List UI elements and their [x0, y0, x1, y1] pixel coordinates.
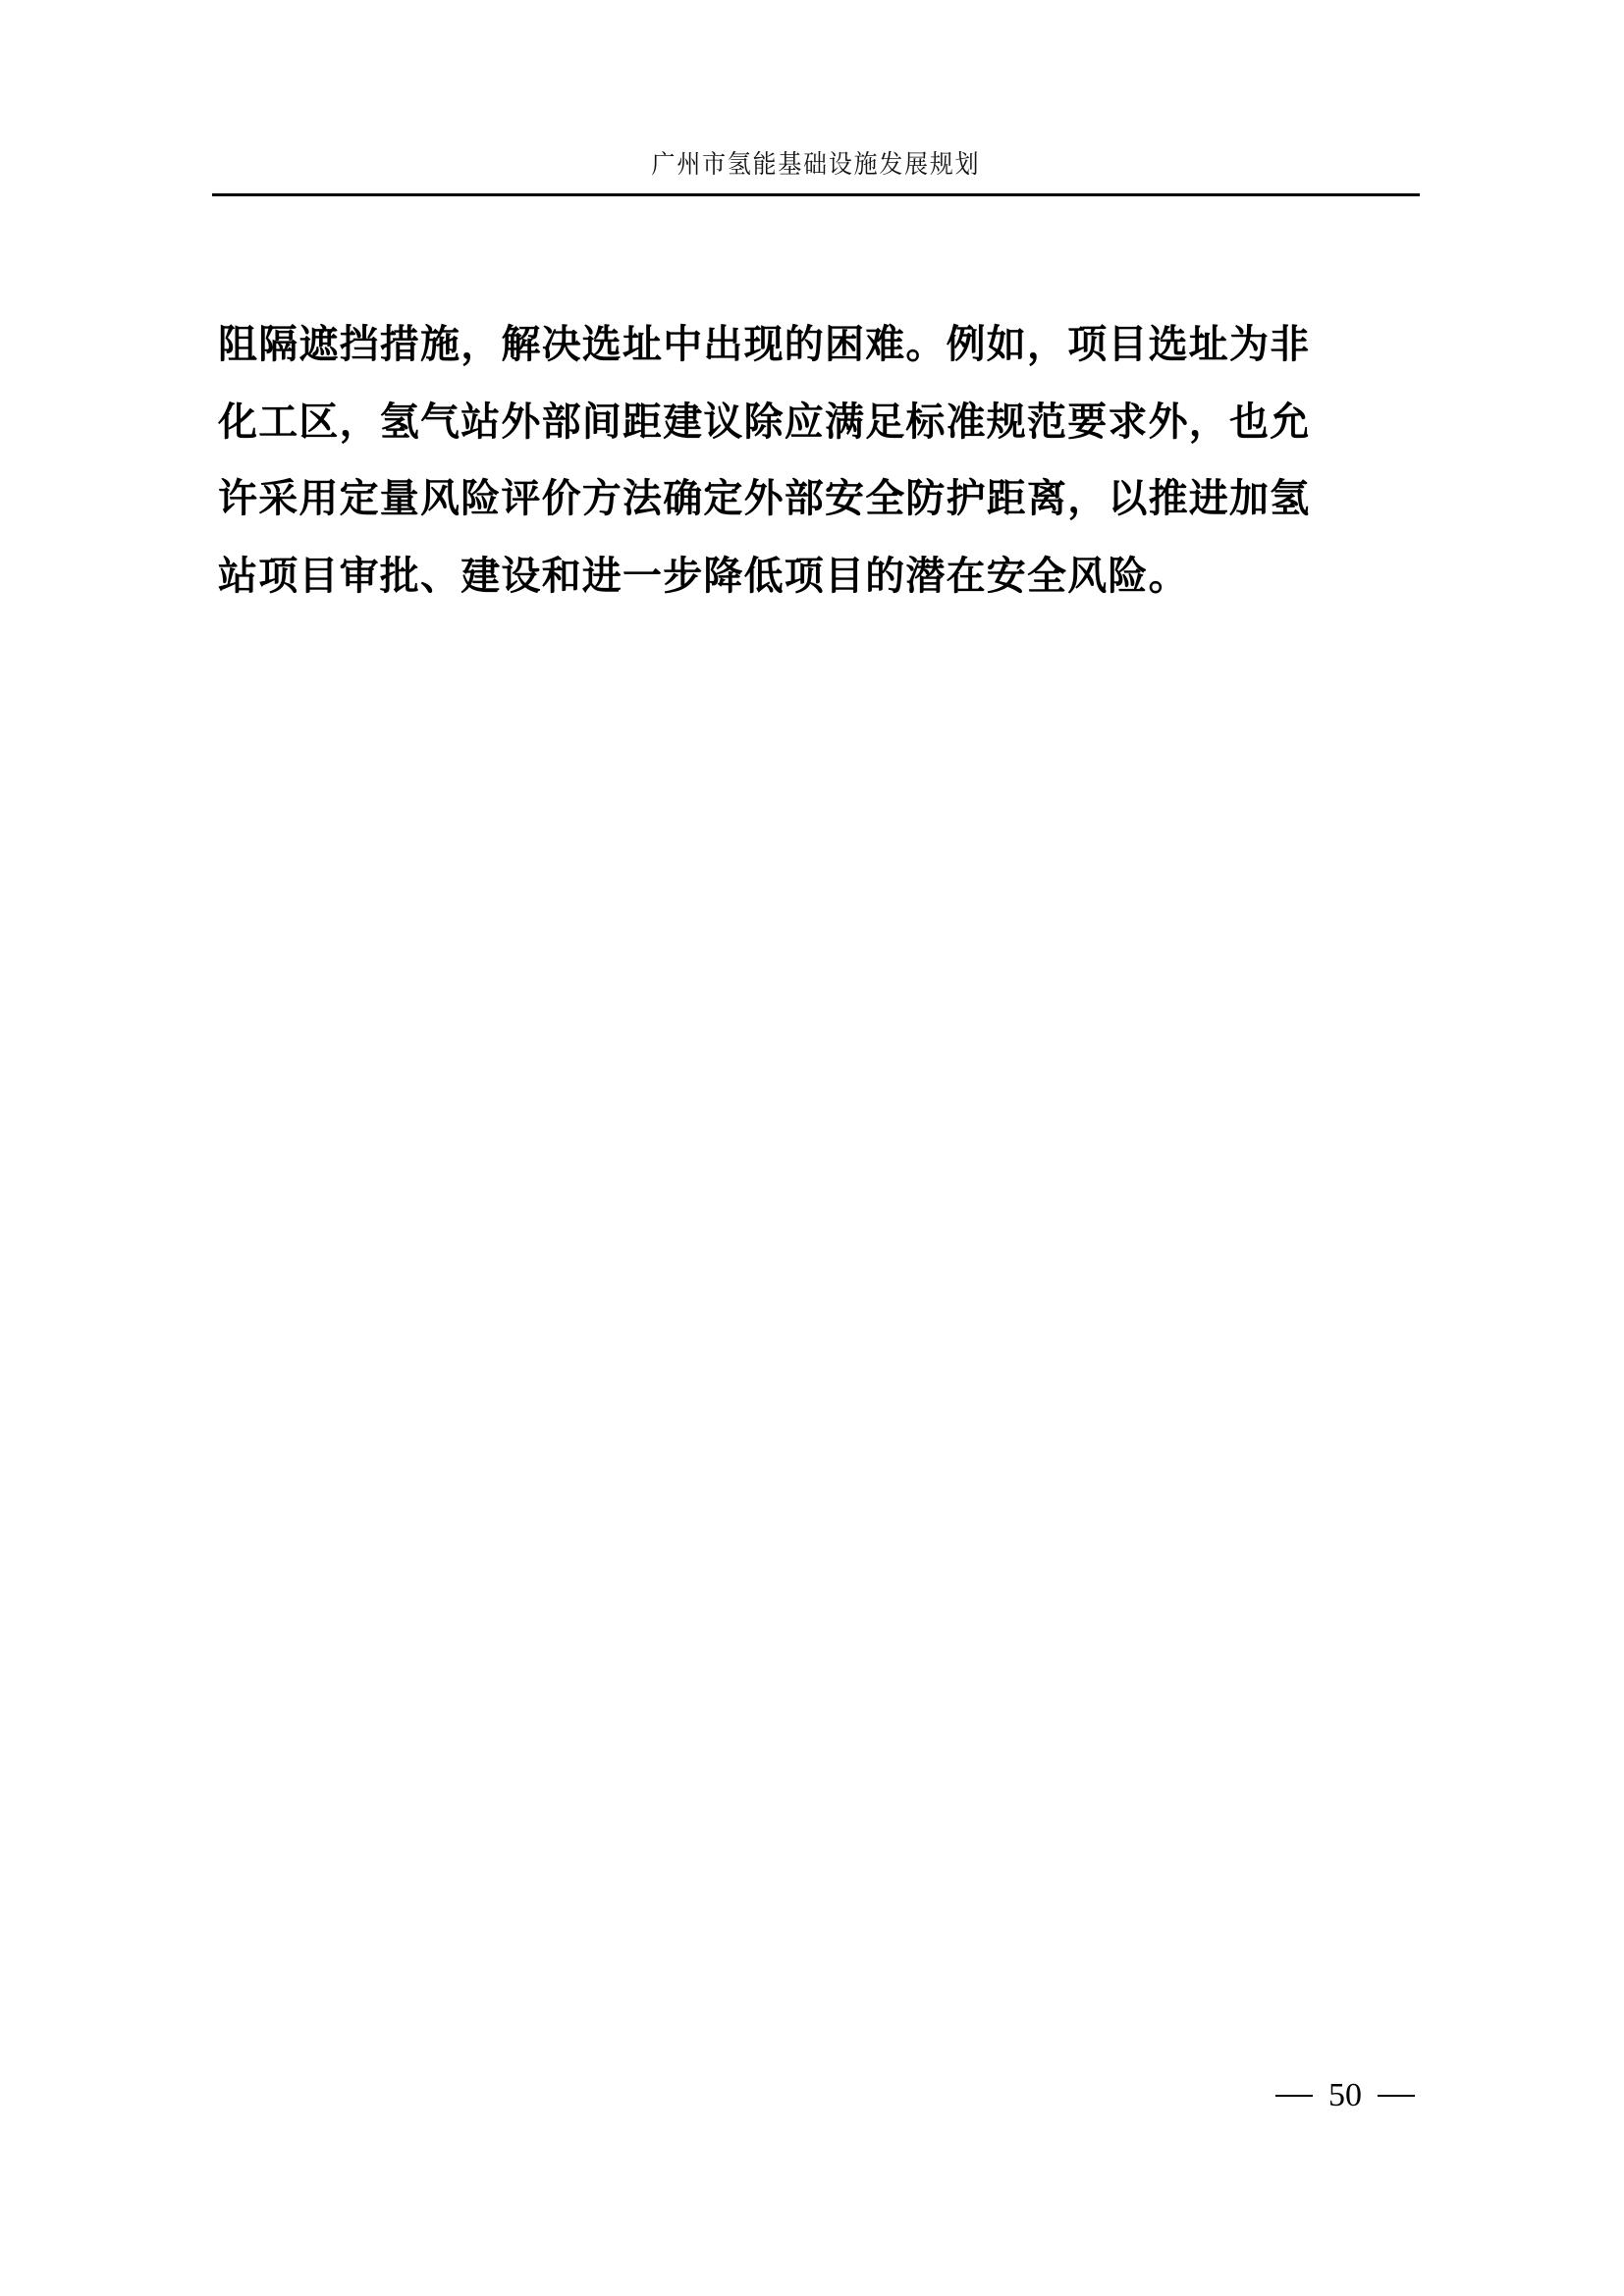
em-dash-right: [1378, 2095, 1415, 2097]
page-footer: 50: [1257, 2071, 1434, 2120]
paragraph-line: 站项目审批、建设和进一步降低项目的潜在安全风险。: [218, 538, 1435, 615]
paragraph-line: 化工区，氢气站外部间距建议除应满足标准规范要求外，也允: [218, 384, 1435, 461]
em-dash-left: [1275, 2095, 1313, 2097]
paragraph-line: 许采用定量风险评价方法确定外部安全防护距离，以推进加氢: [218, 460, 1435, 538]
paragraph-line: 阻隔遮挡措施，解决选址中出现的困难。例如，项目选址为非: [218, 306, 1435, 384]
page-header: 广州市氢能基础设施发展规划: [212, 143, 1420, 194]
body-paragraph: 阻隔遮挡措施，解决选址中出现的困难。例如，项目选址为非 化工区，氢气站外部间距建…: [218, 306, 1435, 614]
document-title: 广州市氢能基础设施发展规划: [652, 143, 981, 187]
page-number: 50: [1328, 2077, 1362, 2114]
header-divider: [212, 193, 1420, 196]
